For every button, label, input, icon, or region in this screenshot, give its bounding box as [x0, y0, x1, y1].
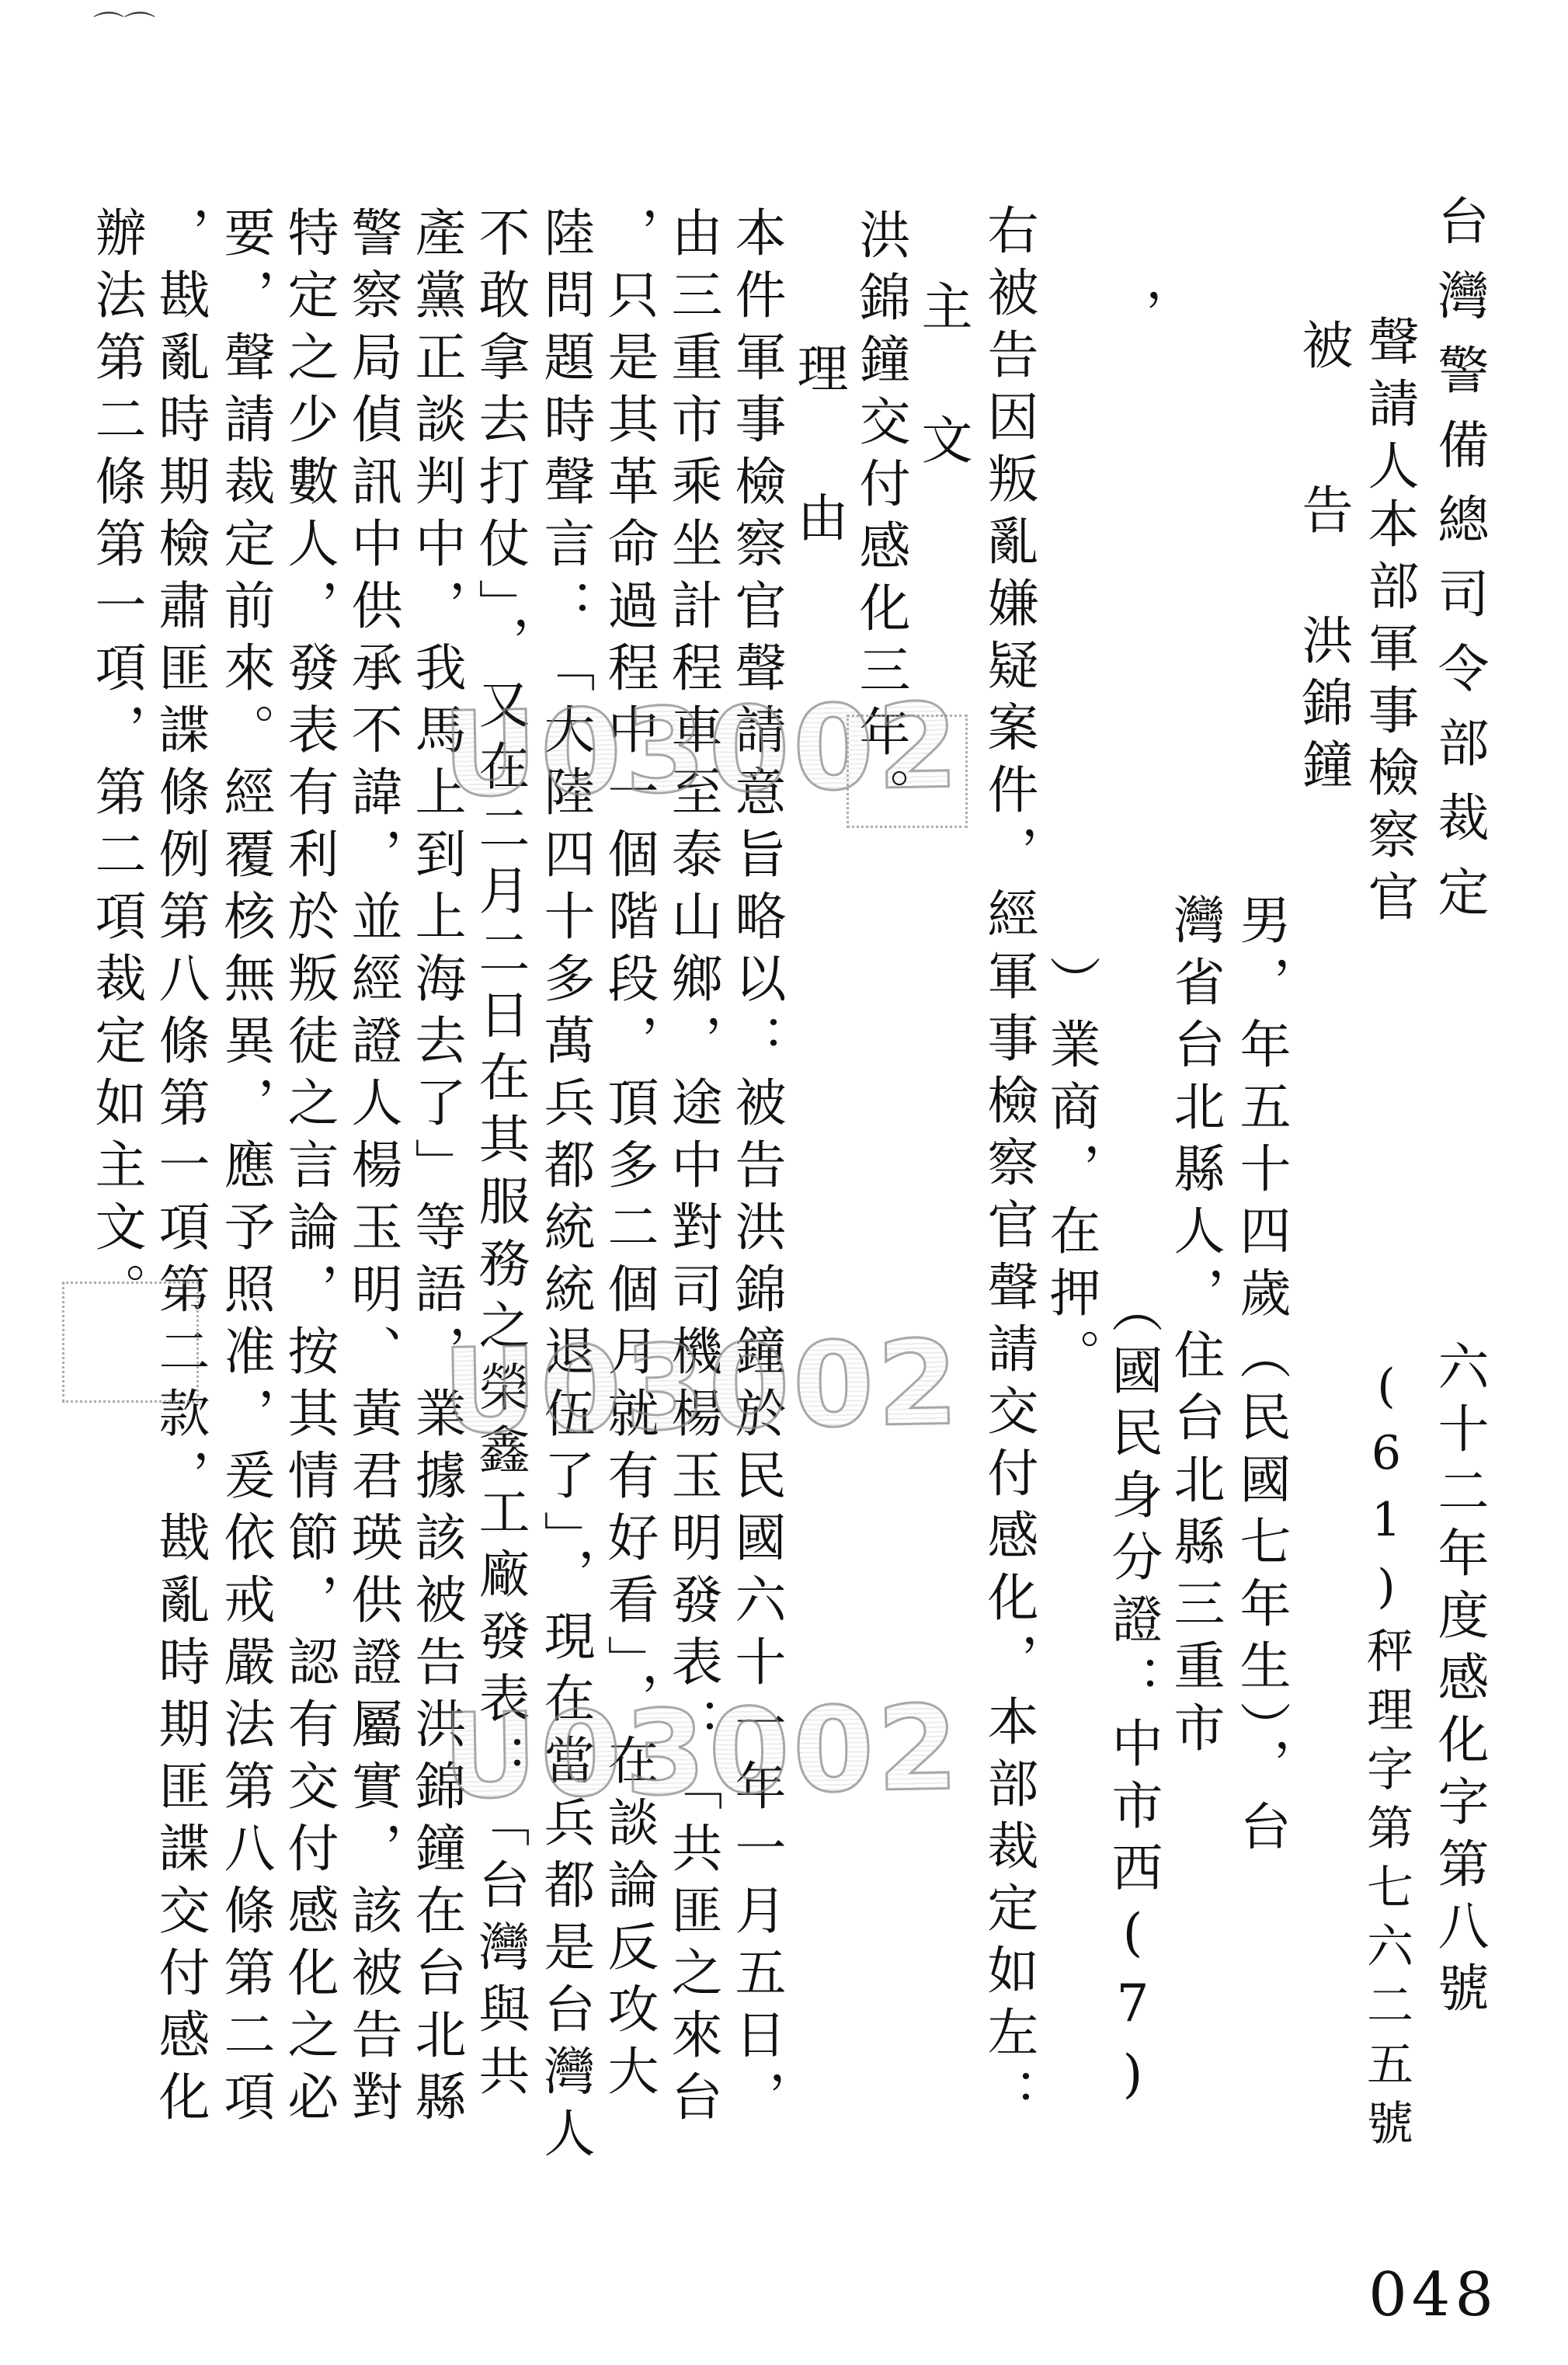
reason-column-2: 由三重市乘坐計程車至泰山鄉，途中對司機楊玉明發表：「共匪之來台 — [666, 206, 718, 2132]
reason-column-11: 辦法第二條第一項，第二項裁定如主文。 — [90, 206, 141, 1324]
reason-column-8: 特定之少數人，發表有利於叛徒之言論，按其情節，認有交付感化之必 — [283, 206, 334, 2132]
applicant-label: 聲請人 — [1363, 315, 1414, 501]
defendant-label: 被 告 — [1297, 318, 1348, 565]
reason-column-9: 要，聲請裁定前來。經覆核無異，應予照准，爰依戒嚴法第八條第二項 — [219, 206, 270, 2132]
watermark-stamp-3: U03002 — [442, 1681, 963, 1825]
document-title: 台灣警備總司令部裁定 — [1433, 194, 1484, 940]
defendant-name: 洪錦鐘 — [1297, 614, 1348, 800]
defendant-info-1: 男，年五十四歲（民國七年生），台 — [1235, 893, 1286, 1862]
defendant-info-4: ）業商，在押。 — [1045, 955, 1096, 1390]
page-number: 048 — [1368, 2260, 1498, 2330]
seal-stamp-2 — [62, 1282, 199, 1403]
corner-mark: ⌒⌒ — [93, 3, 155, 47]
defendant-info-2: 灣省台北縣人，住台北縣三重市 — [1169, 893, 1220, 1763]
reason-heading: 理 由 — [792, 342, 843, 565]
reason-column-4: 陸問題時聲言：「大陸四十多萬兵都統統退伍了」，現在當兵都是台灣人 — [539, 206, 590, 2168]
stray-comma: ， — [1107, 287, 1158, 350]
reason-column-6: 產黨正談判中，我馬上到上海去了」等語，業據該被告洪錦鐘在台北縣 — [410, 206, 461, 2132]
reason-column-1: 本件軍事檢察官聲請意旨略以：被告洪錦鐘於民國六十一年一月五日， — [730, 206, 781, 2132]
applicant: 本部軍事檢察官 — [1363, 497, 1414, 932]
reason-column-7: 警察局偵訊中供承不諱，並經證人楊玉明、黃君瑛供證屬實，該被告對 — [346, 206, 398, 2132]
main-heading: 主 文 — [916, 280, 968, 480]
seal-stamp-1 — [847, 715, 968, 828]
defendant-info-3: （國民身分證：中市西(7) — [1107, 1282, 1158, 2115]
reference-number: (61)秤理字第七六二五號 — [1363, 1359, 1410, 2158]
reason-column-10: ，戡亂時期檢肅匪諜條例第八條第一項第二款，戡亂時期匪諜交付感化 — [154, 206, 205, 2132]
preamble: 右被告因叛亂嫌疑案件，經軍事檢察官聲請交付感化，本部裁定如左： — [982, 203, 1034, 2130]
watermark-stamp-2: U03002 — [442, 1316, 963, 1460]
case-number: 六十二年度感化字第八號 — [1433, 1340, 1484, 2023]
